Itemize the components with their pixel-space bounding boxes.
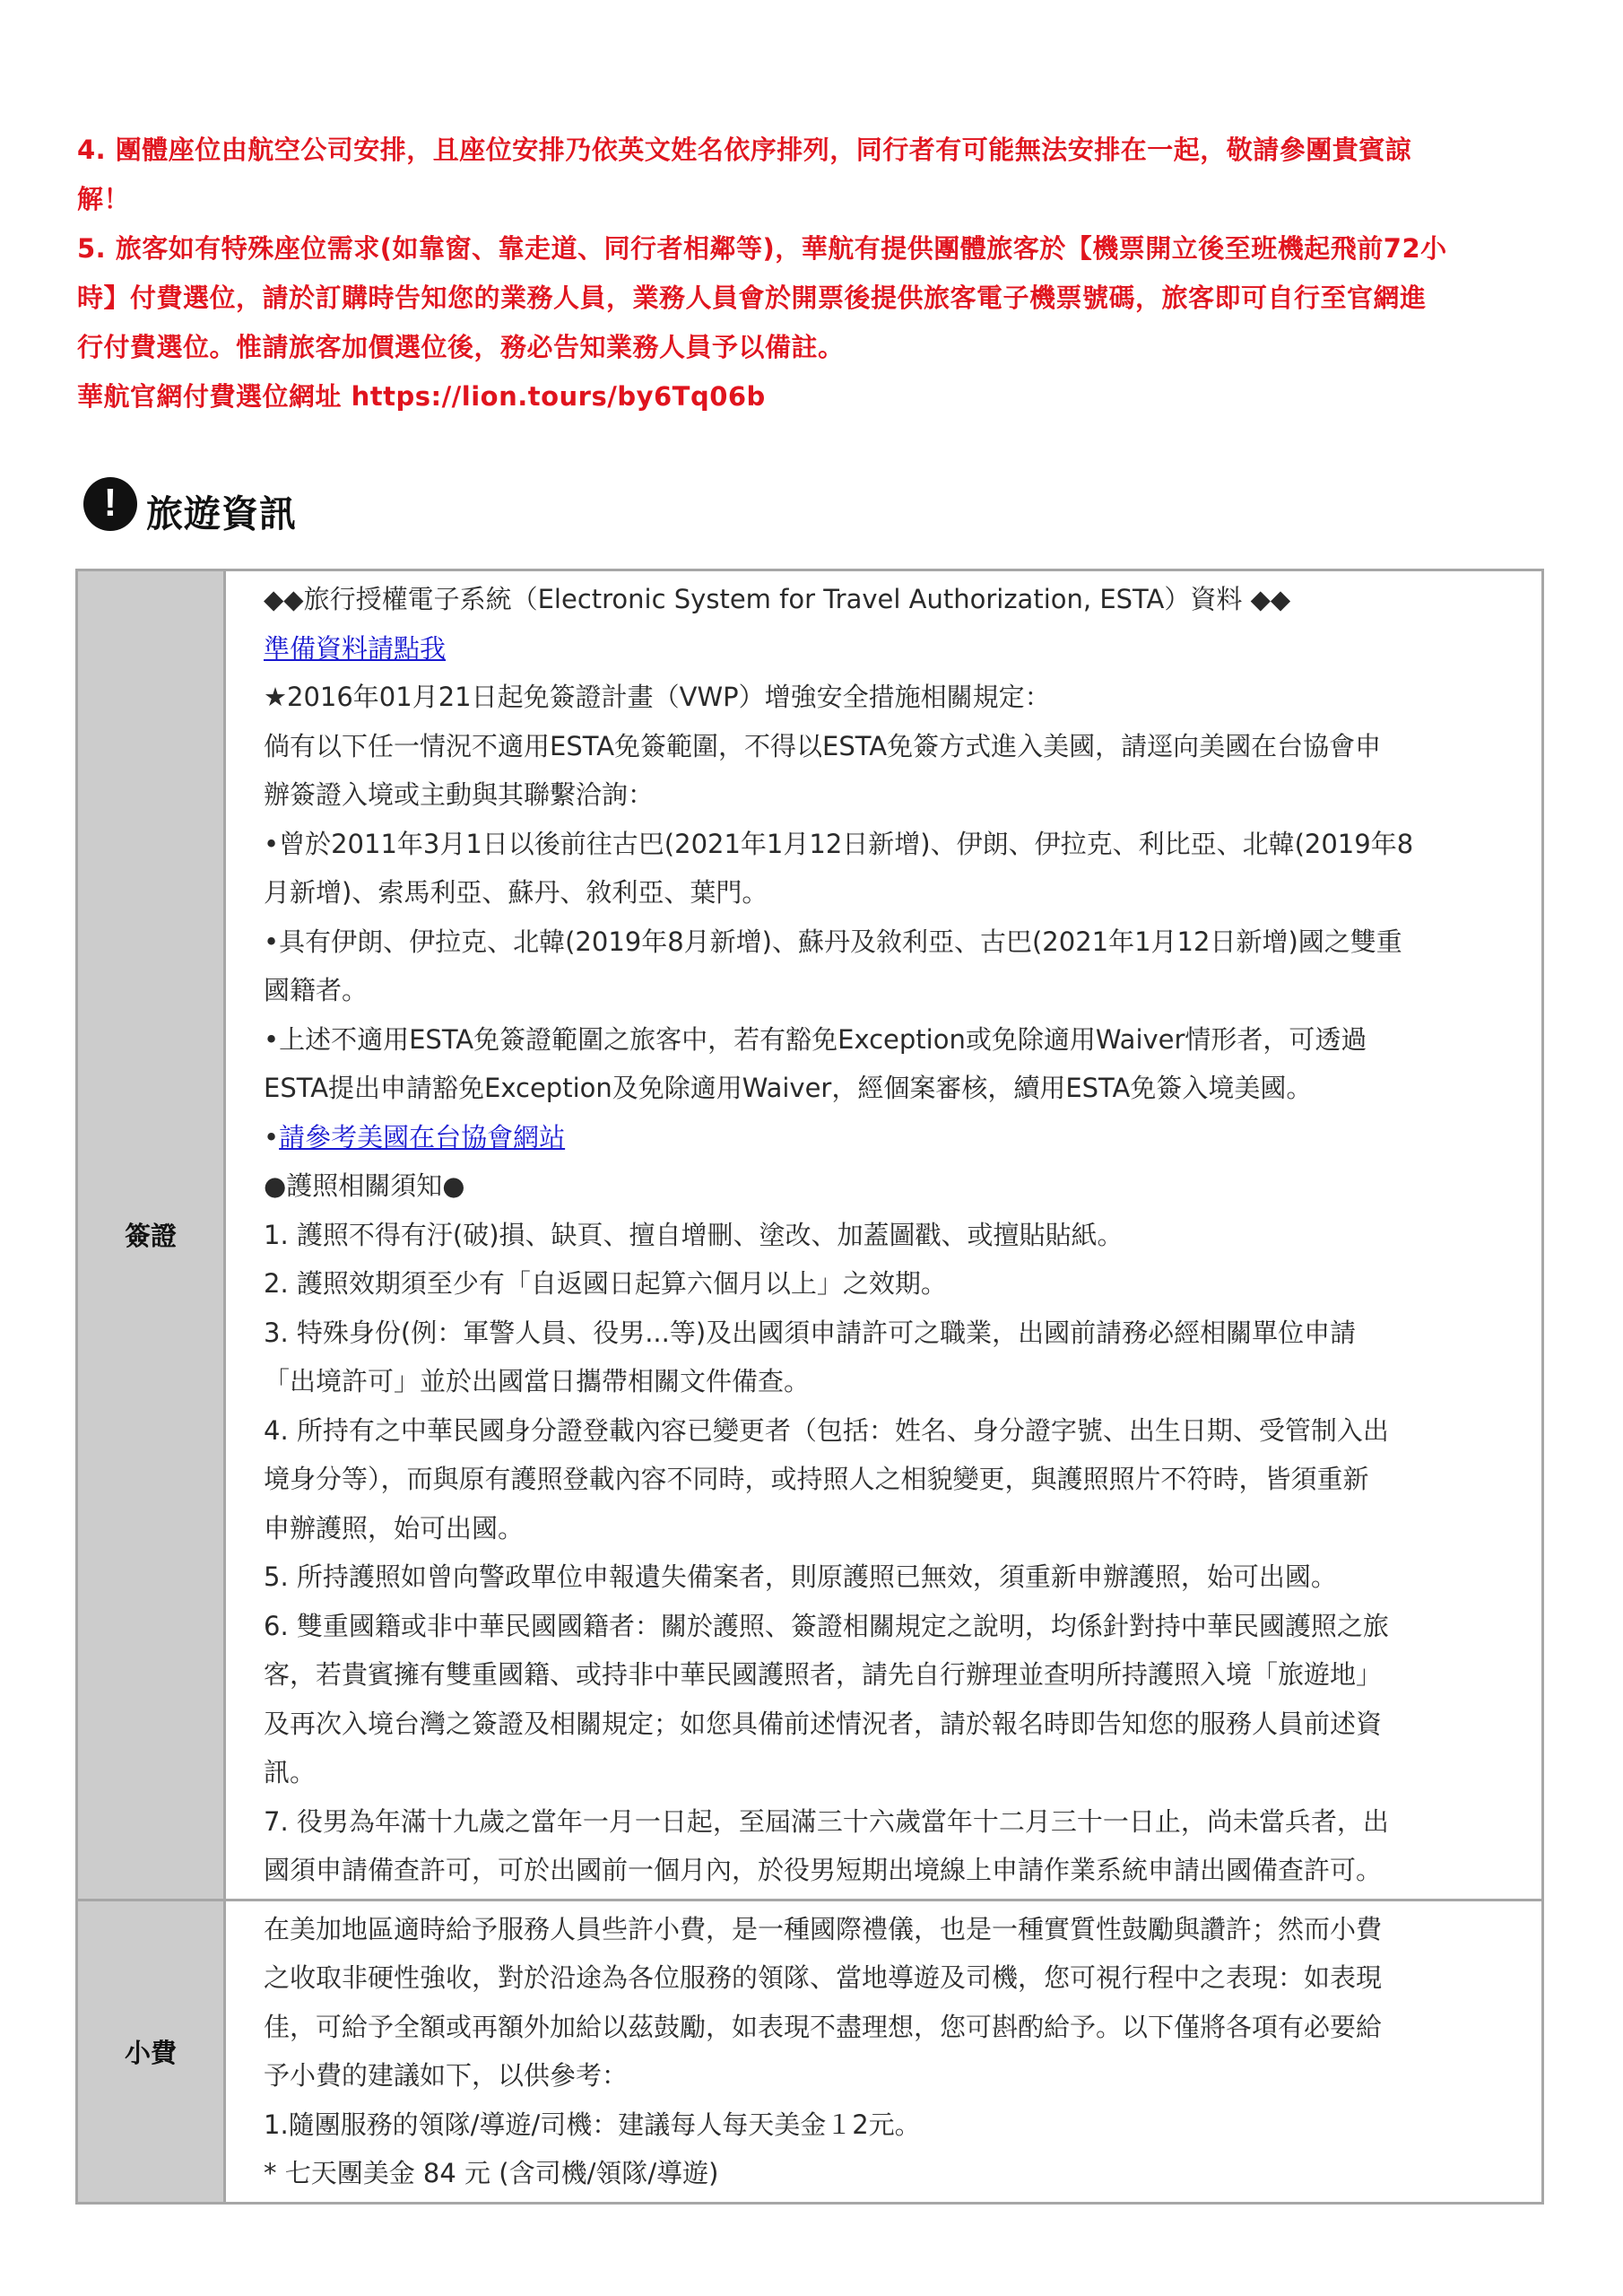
text-line: •上述不適用ESTA免簽證範圍之旅客中，若有豁免Exception或免除適用Wa… <box>264 1015 1541 1065</box>
tip-suggestion: 1.隨團服務的領隊/導遊/司機：建議每人每天美金１2元。 <box>264 2100 1541 2150</box>
text-line: 4. 所持有之中華民國身分證登載內容已變更者（包括：姓名、身分證字號、出生日期、… <box>264 1406 1541 1456</box>
text-line: 訊。 <box>264 1748 1541 1797</box>
text-line: •具有伊朗、伊拉克、北韓(2019年8月新增)、蘇丹及敘利亞、古巴(2021年1… <box>264 918 1541 967</box>
seat-notice: 4. 團體座位由航空公司安排，且座位安排乃依英文姓名依序排列，同行者有可能無法安… <box>77 126 1557 422</box>
text-line: 申辦護照，始可出國。 <box>264 1504 1541 1553</box>
passport-notice-title: ●護照相關須知● <box>264 1161 1541 1211</box>
tip-total: * 七天團美金 84 元 (含司機/領隊/導遊) <box>264 2149 1541 2198</box>
text-line: 2. 護照效期須至少有「自返國日起算六個月以上」之效期。 <box>264 1259 1541 1309</box>
row-content-tips: 在美加地區適時給予服務人員些許小費，是一種國際禮儀，也是一種實質性鼓勵與讚許；然… <box>225 1900 1543 2203</box>
text-line: 及再次入境台灣之簽證及相關規定；如您具備前述情況者，請於報名時即告知您的服務人員… <box>264 1700 1541 1749</box>
text-line: •曾於2011年3月1日以後前往古巴(2021年1月12日新增)、伊朗、伊拉克、… <box>264 820 1541 869</box>
ait-website-link[interactable]: 請參考美國在台協會網站 <box>279 1122 565 1152</box>
bullet: • <box>264 1122 279 1152</box>
text-line: 之收取非硬性強收，對於沿途為各位服務的領隊、當地導遊及司機，您可視行程中之表現：… <box>264 1953 1541 2003</box>
text-line: 「出境許可」並於出國當日攜帶相關文件備查。 <box>264 1357 1541 1406</box>
row-content-visa: ◆◆旅行授權電子系統（Electronic System for Travel … <box>225 570 1543 1900</box>
notice-line: 解！ <box>77 175 1557 224</box>
prepare-documents-link[interactable]: 準備資料請點我 <box>264 633 446 664</box>
text-line: 5. 所持護照如曾向警政單位申報遺失備案者，則原護照已無效，須重新申辦護照，始可… <box>264 1552 1541 1602</box>
text-line: 倘有以下任一情況不適用ESTA免簽範圍，不得以ESTA免簽方式進入美國，請逕向美… <box>264 722 1541 771</box>
table-row-visa: 簽證 ◆◆旅行授權電子系統（Electronic System for Trav… <box>77 570 1543 1900</box>
text-line: 境身分等），而與原有護照登載內容不同時，或持照人之相貌變更，與護照照片不符時，皆… <box>264 1455 1541 1504</box>
exclamation-circle-icon: ! <box>83 477 137 531</box>
text-line: 國籍者。 <box>264 966 1541 1015</box>
text-line: 在美加地區適時給予服務人員些許小費，是一種國際禮儀，也是一種實質性鼓勵與讚許；然… <box>264 1905 1541 1954</box>
travel-info-table: 簽證 ◆◆旅行授權電子系統（Electronic System for Trav… <box>75 569 1544 2205</box>
text-line: 1. 護照不得有汙(破)損、缺頁、擅自增刪、塗改、加蓋圖戳、或擅貼貼紙。 <box>264 1211 1541 1260</box>
notice-line: 5. 旅客如有特殊座位需求(如靠窗、靠走道、同行者相鄰等)，華航有提供團體旅客於… <box>77 224 1557 274</box>
esta-header: ◆◆旅行授權電子系統（Electronic System for Travel … <box>264 575 1541 624</box>
section-title: 旅遊資訊 <box>146 491 297 536</box>
row-label-tips: 小費 <box>77 1900 225 2203</box>
text-line: 客，若貴賓擁有雙重國籍、或持非中華民國護照者，請先自行辦理並查明所持護照入境「旅… <box>264 1650 1541 1700</box>
text-line: 國須申請備查許可，可於出國前一個月內，於役男短期出境線上申請作業系統申請出國備查… <box>264 1846 1541 1895</box>
notice-line: 4. 團體座位由航空公司安排，且座位安排乃依英文姓名依序排列，同行者有可能無法安… <box>77 126 1557 175</box>
text-line: 6. 雙重國籍或非中華民國國籍者：關於護照、簽證相關規定之說明，均係針對持中華民… <box>264 1602 1541 1651</box>
notice-line: 行付費選位。惟請旅客加價選位後，務必告知業務人員予以備註。 <box>77 323 1557 372</box>
text-line: ESTA提出申請豁免Exception及免除適用Waiver，經個案審核，續用E… <box>264 1064 1541 1113</box>
text-line: 佳，可給予全額或再額外加給以茲鼓勵，如表現不盡理想，您可斟酌給予。以下僅將各項有… <box>264 2003 1541 2052</box>
text-line: 予小費的建議如下，以供參考： <box>264 2051 1541 2100</box>
text-line: 3. 特殊身份(例：軍警人員、役男...等)及出國須申請許可之職業，出國前請務必… <box>264 1309 1541 1358</box>
notice-line: 時】付費選位，請於訂購時告知您的業務人員，業務人員會於開票後提供旅客電子機票號碼… <box>77 274 1557 323</box>
text-line: 7. 役男為年滿十九歲之當年一月一日起，至屆滿三十六歲當年十二月三十一日止，尚未… <box>264 1797 1541 1847</box>
text-line: 辦簽證入境或主動與其聯繫洽詢： <box>264 770 1541 820</box>
text-line: 月新增)、索馬利亞、蘇丹、敘利亞、葉門。 <box>264 868 1541 918</box>
table-row-tips: 小費 在美加地區適時給予服務人員些許小費，是一種國際禮儀，也是一種實質性鼓勵與讚… <box>77 1900 1543 2203</box>
notice-line-url: 華航官網付費選位網址 https://lion.tours/by6Tq06b <box>77 372 1557 422</box>
row-label-visa: 簽證 <box>77 570 225 1900</box>
section-heading: ! 旅遊資訊 <box>83 477 297 536</box>
vwp-rule-title: ★2016年01月21日起免簽證計畫（VWP）增強安全措施相關規定： <box>264 673 1541 722</box>
